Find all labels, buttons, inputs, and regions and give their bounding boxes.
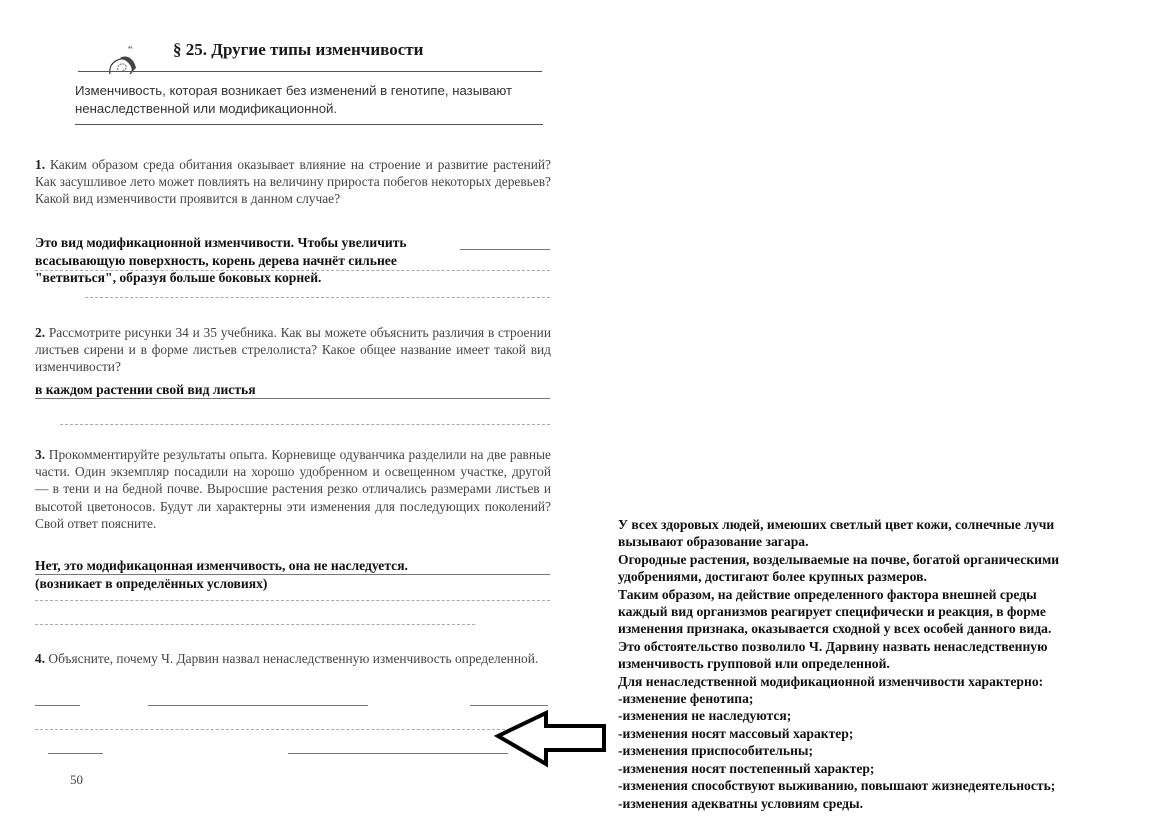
answer-line[interactable]: (возникает в определённых условиях) [35, 575, 267, 592]
writing-line [460, 249, 550, 250]
question-text: Объясните, почему Ч. Дарвин назвал ненас… [48, 651, 538, 666]
answer-line[interactable]: "ветвиться", образуя больше боковых корн… [35, 269, 321, 286]
answer-line[interactable]: в каждом растении свой вид листья [35, 381, 256, 398]
side-note-line: изменчивость групповой или определенной. [618, 655, 1158, 672]
side-note-list-item: -изменения носят постепенный характер; [618, 760, 1158, 777]
section-title: § 25. Другие типы изменчивости [173, 40, 423, 60]
question-text: Рассмотрите рисунки 34 и 35 учебника. Ка… [35, 325, 551, 374]
question-3: 3. Прокомментируйте результаты опыта. Ко… [35, 446, 551, 532]
question-number: 4. [35, 651, 45, 666]
side-note-list-item: -изменения носят массовый характер; [618, 725, 1158, 742]
writing-line [48, 753, 103, 754]
page-number: 50 [70, 772, 83, 788]
side-note-line: Таким образом, на действие определенного… [618, 586, 1158, 603]
answer-line[interactable]: Это вид модификационной изменчивости. Чт… [35, 234, 407, 251]
side-note-list-item: -изменения не наследуются; [618, 707, 1158, 724]
writing-line [470, 705, 548, 706]
left-arrow-icon [494, 710, 608, 768]
writing-line [60, 424, 550, 426]
writing-line [35, 729, 505, 731]
side-note-line: изменения признака, оказывается сходной … [618, 620, 1158, 637]
side-note-line: Огородные растения, возделываемые на поч… [618, 551, 1158, 568]
question-1: 1. Каким образом среда обитания оказывае… [35, 156, 551, 208]
question-number: 3. [35, 447, 45, 462]
side-note-line: У всех здоровых людей, имеюших светлый ц… [618, 516, 1158, 533]
intro-rule [75, 124, 543, 125]
writing-line [85, 297, 550, 299]
writing-line [35, 398, 550, 399]
header-rule [78, 71, 542, 72]
writing-line [35, 600, 550, 602]
question-number: 1. [35, 157, 45, 172]
svg-text:“: “ [128, 45, 133, 56]
question-number: 2. [35, 325, 45, 340]
writing-line [35, 624, 475, 626]
answer-line[interactable]: Нет, это модификацонная изменчивость, он… [35, 557, 408, 574]
side-note-line: удобрениями, достигают более крупных раз… [618, 568, 1158, 585]
side-note-list-item: -изменения способствуют выживанию, повыш… [618, 777, 1158, 794]
answer-line[interactable]: всасывающую поверхность, корень дерева н… [35, 252, 397, 269]
question-text: Каким образом среда обитания оказывает в… [35, 157, 551, 206]
writing-line [288, 753, 508, 754]
question-text: Прокомментируйте результаты опыта. Корне… [35, 447, 551, 531]
side-note-list-item: -изменения приспособительны; [618, 742, 1158, 759]
side-note-line: вызывают образование загара. [618, 533, 1158, 550]
side-note-list-item: -изменения адекватны условиям среды. [618, 795, 1158, 812]
snail-shell-icon: “ [104, 44, 144, 78]
side-note-line: Это обстоятельство позволило Ч. Дарвину … [618, 638, 1158, 655]
question-2: 2. Рассмотрите рисунки 34 и 35 учебника.… [35, 324, 551, 376]
side-note-line: Для ненаследственной модификационной изм… [618, 673, 1158, 690]
side-note: У всех здоровых людей, имеюших светлый ц… [618, 516, 1158, 812]
side-note-list-item: -изменение фенотипа; [618, 690, 1158, 707]
writing-line [35, 705, 80, 706]
section-intro: Изменчивость, которая возникает без изме… [75, 82, 545, 118]
writing-line [148, 705, 368, 706]
side-note-line: каждый вид организмов реагирует специфич… [618, 603, 1158, 620]
question-4: 4. Объясните, почему Ч. Дарвин назвал не… [35, 650, 551, 667]
